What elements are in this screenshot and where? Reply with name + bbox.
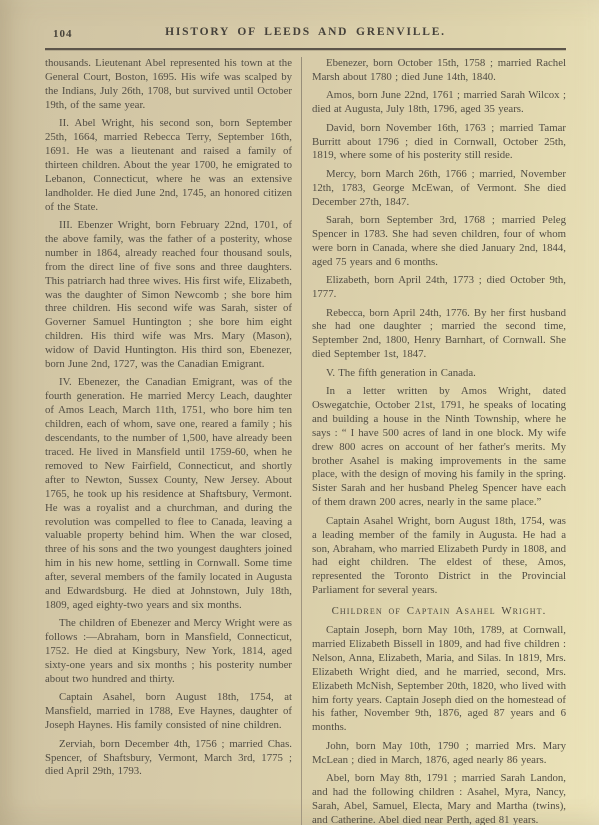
- header-rule: [45, 48, 566, 50]
- paragraph: Rebecca, born April 24th, 1776. By her f…: [312, 307, 566, 363]
- paragraph: John, born May 10th, 1790 ; married Mrs.…: [312, 740, 566, 768]
- paragraph: Ebenezer, born October 15th, 1758 ; marr…: [312, 57, 566, 85]
- two-column-body: thousands. Lieutenant Abel represented h…: [45, 57, 566, 825]
- column-divider: [301, 57, 302, 825]
- right-column: Ebenezer, born October 15th, 1758 ; marr…: [312, 57, 566, 825]
- paragraph: III. Ebenzer Wright, born February 22nd,…: [45, 219, 292, 372]
- paragraph: Zerviah, born December 4th, 1756 ; marri…: [45, 738, 292, 780]
- paragraph: In a letter written by Amos Wright, date…: [312, 385, 566, 510]
- page-number: 104: [53, 28, 73, 40]
- left-column: thousands. Lieutenant Abel represented h…: [45, 57, 292, 825]
- section-heading: Children of Captain Asahel Wright.: [312, 605, 566, 619]
- paragraph: Captain Joseph, born May 10th, 1789, at …: [312, 624, 566, 735]
- paragraph: Amos, born June 22nd, 1761 ; married Sar…: [312, 89, 566, 117]
- running-title: HISTORY OF LEEDS AND GRENVILLE.: [45, 26, 566, 38]
- paragraph: V. The fifth generation in Canada.: [312, 367, 566, 381]
- page-content: 104 HISTORY OF LEEDS AND GRENVILLE. thou…: [45, 26, 566, 825]
- paragraph: Mercy, born March 26th, 1766 ; married, …: [312, 168, 566, 210]
- page-header: 104 HISTORY OF LEEDS AND GRENVILLE.: [45, 26, 566, 43]
- paragraph: IV. Ebenezer, the Canadian Emigrant, was…: [45, 376, 292, 612]
- paragraph: Elizabeth, born April 24th, 1773 ; died …: [312, 274, 566, 302]
- paragraph: II. Abel Wright, his second son, born Se…: [45, 117, 292, 214]
- paragraph: The children of Ebenezer and Mercy Wrigh…: [45, 617, 292, 687]
- book-page: 104 HISTORY OF LEEDS AND GRENVILLE. thou…: [0, 0, 599, 825]
- paragraph: thousands. Lieutenant Abel represented h…: [45, 57, 292, 113]
- paragraph: David, born November 16th, 1763 ; marrie…: [312, 122, 566, 164]
- paragraph: Captain Asahel Wright, born August 18th,…: [312, 515, 566, 598]
- paragraph: Abel, born May 8th, 1791 ; married Sarah…: [312, 772, 566, 825]
- paragraph: Sarah, born September 3rd, 1768 ; marrie…: [312, 214, 566, 270]
- paragraph: Captain Asahel, born August 18th, 1754, …: [45, 691, 292, 733]
